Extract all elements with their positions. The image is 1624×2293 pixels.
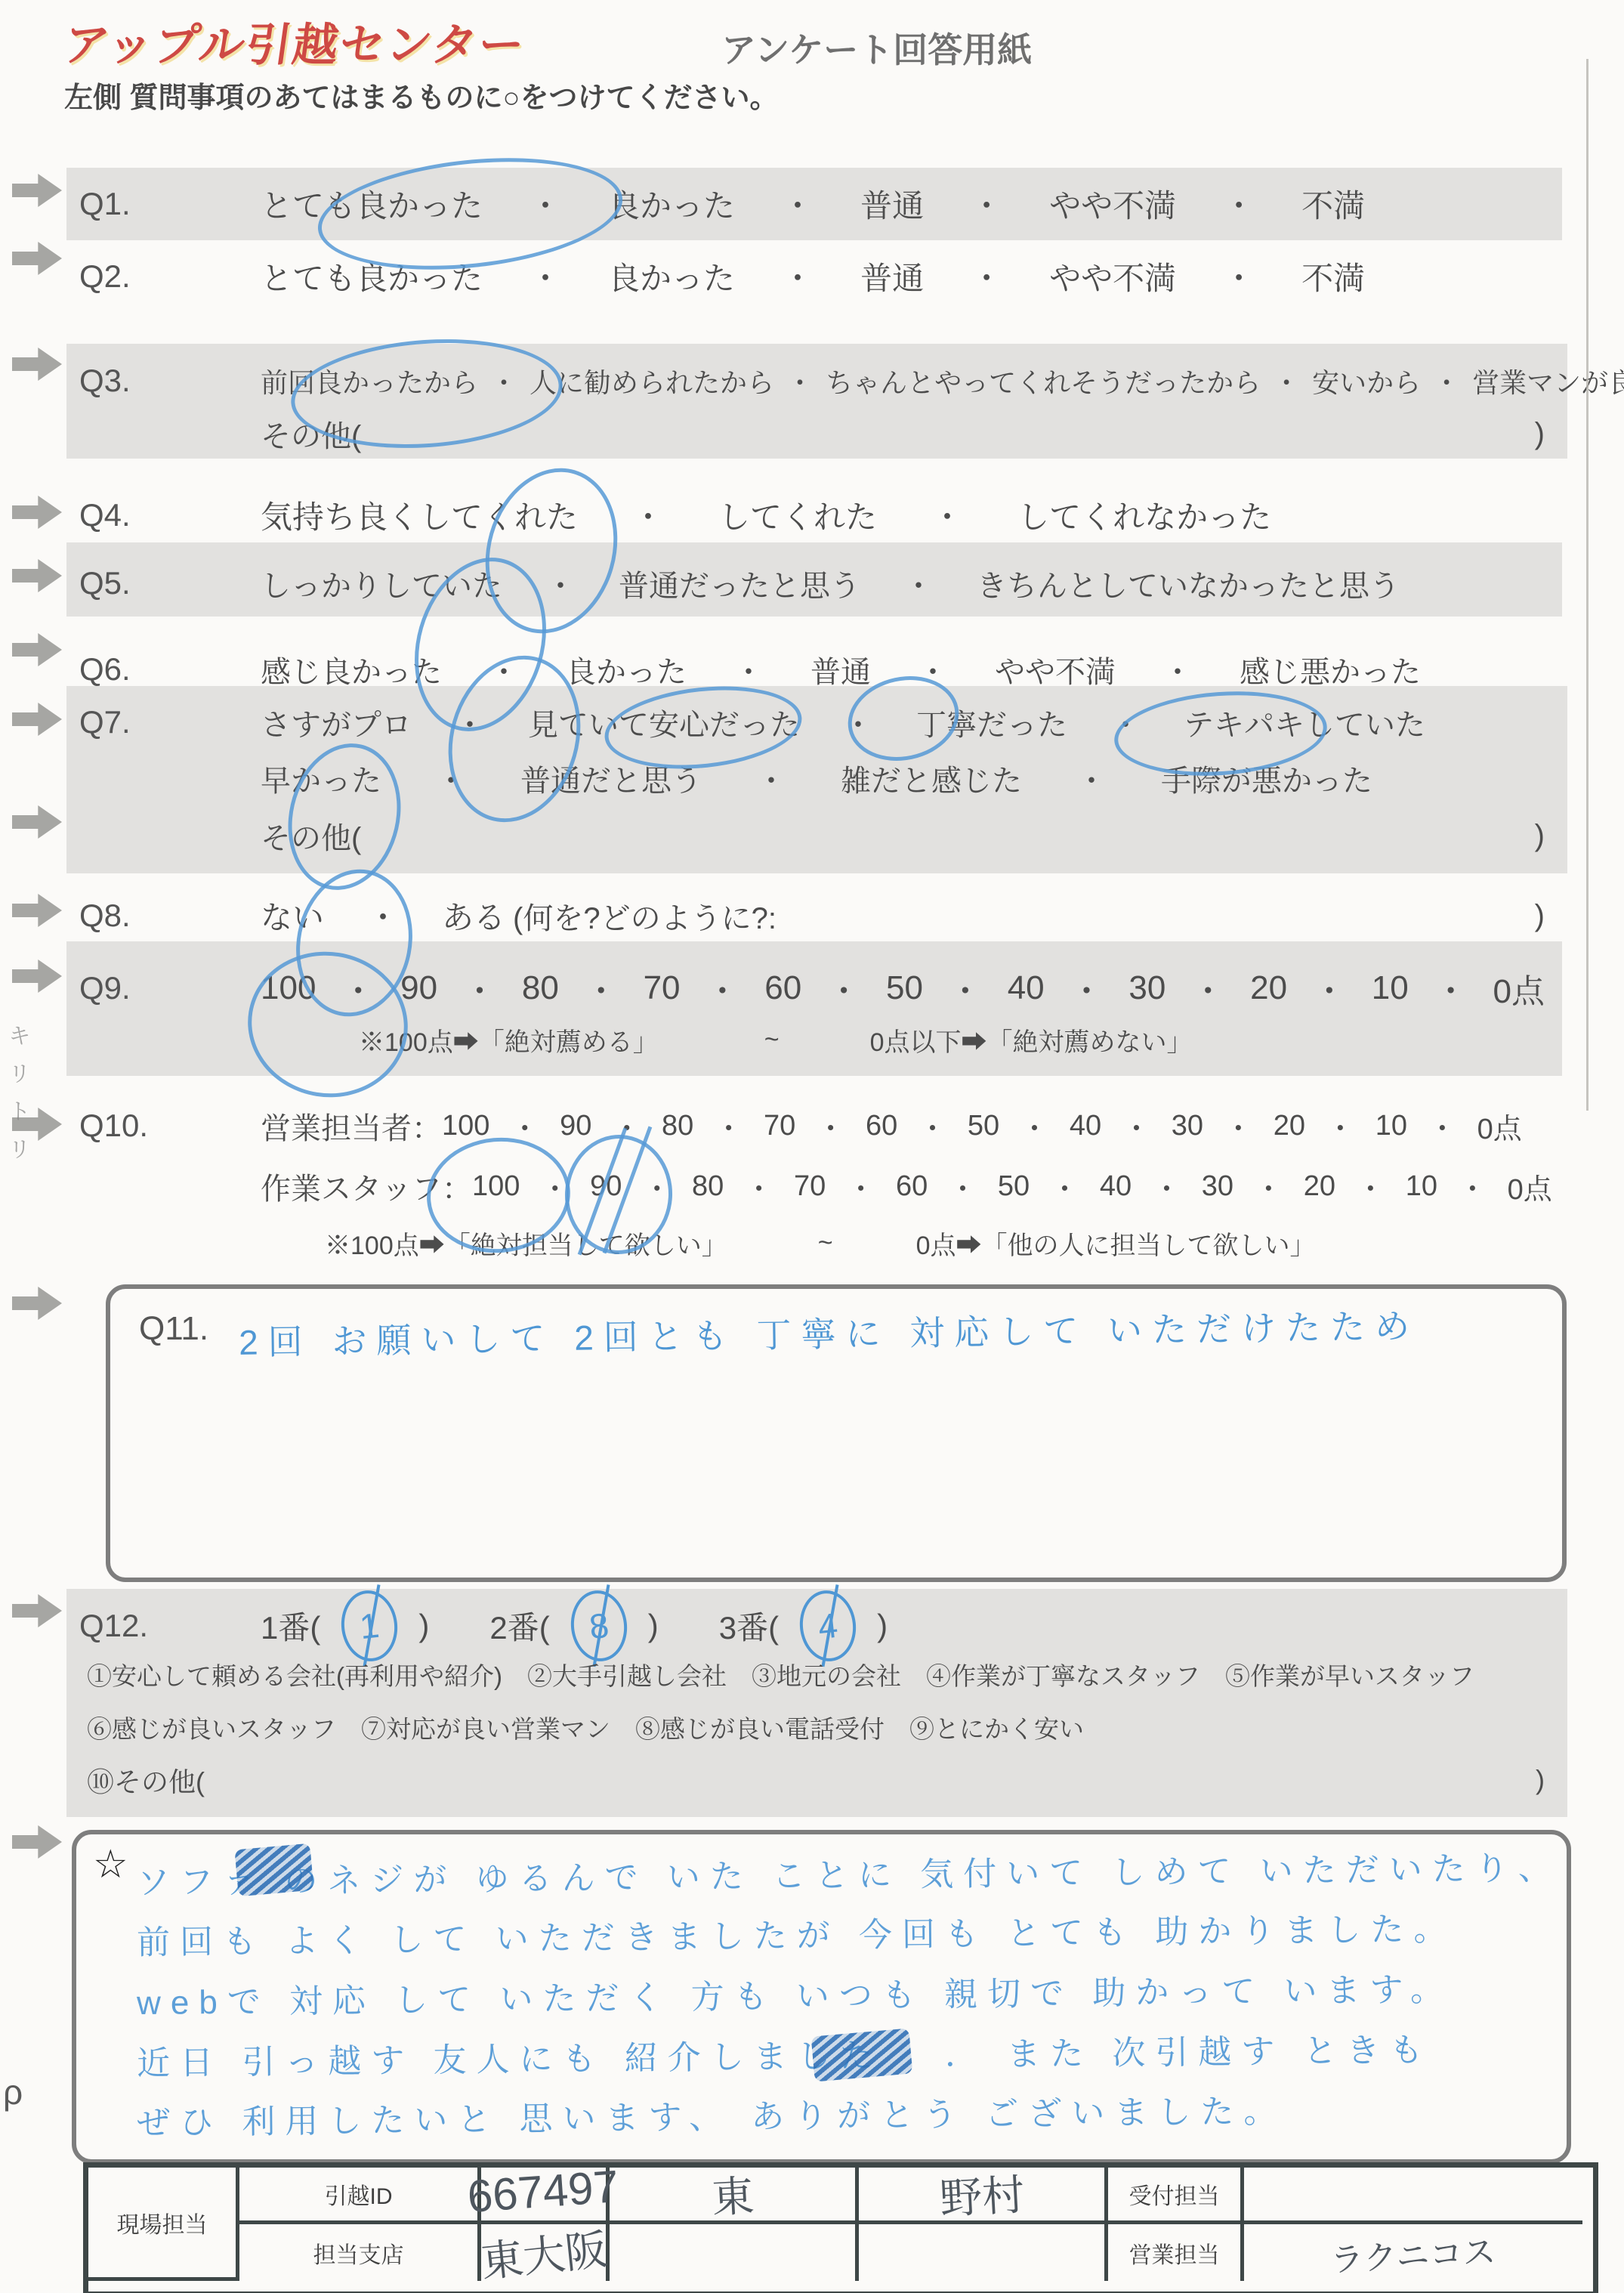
form-instruction: 左側 質問事項のあてはまるものに○をつけてください。 bbox=[64, 74, 779, 116]
q12-legend-line1: ①安心して頼める会社(再利用や紹介) ②大手引越し会社 ③地元の会社 ④作業が丁… bbox=[87, 1656, 1474, 1692]
q3-label: Q3. bbox=[79, 363, 261, 399]
q7-other-close: ) bbox=[1535, 819, 1545, 853]
separator-dot: ・ bbox=[780, 181, 815, 227]
q12-slot1-label: 1番( bbox=[261, 1603, 320, 1649]
separator-dot: ・ bbox=[1161, 648, 1194, 691]
option: 0点 bbox=[1477, 1105, 1522, 1147]
option: やや不満 bbox=[995, 648, 1116, 691]
option: 20 bbox=[1274, 1110, 1305, 1142]
separator-dot: ・ bbox=[947, 964, 983, 1012]
option: 40 bbox=[1070, 1110, 1101, 1142]
q8-prompt: (何を?どのように?: bbox=[513, 895, 776, 938]
branch-label: 担当支店 bbox=[239, 2224, 481, 2281]
separator-dot: ・ bbox=[930, 493, 965, 538]
option: ちゃんとやってくれそうだったから bbox=[826, 362, 1261, 400]
separator-dot: ・ bbox=[917, 1105, 949, 1147]
q8-close: ) bbox=[1535, 899, 1545, 933]
question-q10-row1: Q10. 営業担当者： 100・90・80・70・60・50・40・30・20・… bbox=[79, 1105, 1522, 1147]
option: やや不満 bbox=[1049, 254, 1176, 299]
margin-arrow-icon bbox=[12, 345, 62, 383]
field-staff1-value: 東 bbox=[610, 2168, 859, 2224]
q12-legend2-text: ⑥感じが良いスタッフ ⑦対応が良い営業マン ⑧感じが良い電話受付 ⑨とにかく安い bbox=[87, 1710, 1084, 1745]
question-q12: Q12. 1番( 1 ) 2番( 8 ) 3番( 4 ) bbox=[79, 1602, 888, 1650]
separator-dot: ・ bbox=[1190, 964, 1226, 1012]
q11-label: Q11. bbox=[139, 1310, 208, 1348]
separator-dot: ・ bbox=[815, 1105, 847, 1147]
pen-scribble bbox=[234, 1843, 313, 1896]
field-staff2-value: 野村 bbox=[859, 2168, 1108, 2224]
q4-options: 気持ち良くしてくれた・してくれた・してくれなかった bbox=[261, 493, 1271, 538]
option: 50 bbox=[886, 969, 923, 1007]
separator-dot: ・ bbox=[1221, 254, 1256, 299]
field-staff-label: 現場担当 bbox=[88, 2168, 239, 2281]
margin-arrow-icon bbox=[12, 239, 62, 277]
branch-value: 東大阪 bbox=[481, 2224, 610, 2281]
option: 20 bbox=[1304, 1170, 1335, 1203]
option: 30 bbox=[1202, 1170, 1233, 1203]
option: 感じ悪かった bbox=[1240, 648, 1421, 691]
field-empty1 bbox=[610, 2224, 859, 2281]
q10-row1-label: 営業担当者： bbox=[261, 1105, 442, 1148]
q11-handwriting: 2回 お願いして 2回とも 丁寧に 対応して いただけたため bbox=[239, 1299, 1420, 1365]
option: 70 bbox=[644, 969, 681, 1007]
option: 20 bbox=[1250, 969, 1287, 1007]
option: 人に勧められたから bbox=[529, 362, 774, 400]
separator-dot: ・ bbox=[969, 254, 1004, 299]
q9-scores: 100・90・80・70・60・50・40・30・20・10・0点 bbox=[261, 964, 1545, 1012]
scan-crease-line bbox=[1586, 59, 1588, 1111]
option: 安いから bbox=[1312, 362, 1421, 400]
option: ある bbox=[442, 893, 505, 938]
sales-label: 営業担当 bbox=[1108, 2224, 1244, 2281]
free-comment-box: ☆ ソファ のネジが ゆるんで いた ことに 気付いて しめて いただいたり、 … bbox=[72, 1830, 1571, 2164]
separator-dot: ・ bbox=[902, 562, 935, 605]
q9-note-right: 0点以下➡「絶対薦めない」 bbox=[870, 1021, 1193, 1058]
option: 不満 bbox=[1301, 181, 1365, 227]
margin-arrow-icon bbox=[12, 803, 62, 841]
margin-arrow-icon bbox=[12, 892, 62, 929]
separator-dot: ・ bbox=[845, 1166, 877, 1207]
comment-line2: 前回も よく して いただきましたが 今回も とても 助かりました。 bbox=[137, 1902, 1457, 1964]
margin-arrow-icon bbox=[12, 172, 62, 209]
option: 60 bbox=[764, 969, 801, 1007]
separator-dot: ・ bbox=[1271, 362, 1301, 400]
option: 良かった bbox=[608, 181, 735, 227]
separator-dot: ・ bbox=[583, 964, 619, 1012]
separator-dot: ・ bbox=[826, 964, 862, 1012]
option: 普通 bbox=[810, 648, 871, 691]
option: 0点 bbox=[1508, 1166, 1552, 1207]
move-id-label: 引越ID bbox=[239, 2168, 481, 2224]
option: きちんとしていなかったと思う bbox=[977, 562, 1400, 605]
q8-label: Q8. bbox=[79, 898, 261, 934]
separator-dot: ・ bbox=[1252, 1166, 1284, 1207]
q1-label: Q1. bbox=[79, 186, 261, 222]
margin-arrow-icon bbox=[12, 957, 62, 995]
q9-note-tilde: ~ bbox=[764, 1025, 780, 1055]
separator-dot: ・ bbox=[1069, 964, 1105, 1012]
option: 80 bbox=[692, 1170, 724, 1203]
margin-arrow-icon bbox=[12, 493, 62, 531]
separator-dot: ・ bbox=[743, 1166, 775, 1207]
option: 100 bbox=[442, 1110, 489, 1142]
separator-dot: ・ bbox=[1150, 1166, 1182, 1207]
option: 10 bbox=[1372, 969, 1409, 1007]
separator-dot: ・ bbox=[1354, 1166, 1386, 1207]
option: 良かった bbox=[608, 254, 735, 299]
q10-note-tilde: ~ bbox=[818, 1228, 833, 1258]
separator-dot: ・ bbox=[1426, 1105, 1458, 1147]
margin-arrow-icon bbox=[12, 1592, 62, 1630]
option: 10 bbox=[1406, 1170, 1437, 1203]
q12-legend1-text: ①安心して頼める会社(再利用や紹介) ②大手引越し会社 ③地元の会社 ④作業が丁… bbox=[87, 1657, 1474, 1692]
star-icon: ☆ bbox=[93, 1842, 128, 1887]
q12-other-label: ⑩その他( bbox=[87, 1761, 205, 1800]
pen-scribble bbox=[811, 2028, 913, 2081]
option: 営業マンが良かったから bbox=[1472, 362, 1624, 400]
option: してくれた bbox=[718, 493, 877, 538]
separator-dot: ・ bbox=[528, 254, 563, 299]
q9-note: ※100点➡「絶対薦める」 ~ 0点以下➡「絶対薦めない」 bbox=[359, 1021, 1193, 1058]
question-q10-row2: 作業スタッフ： 100・90・80・70・60・50・40・30・20・10・0… bbox=[79, 1165, 1552, 1207]
question-q6: Q6. 感じ良かった・良かった・普通・やや不満・感じ悪かった bbox=[79, 648, 1421, 691]
option: 不満 bbox=[1301, 254, 1365, 299]
q2-label: Q2. bbox=[79, 258, 261, 295]
option: 50 bbox=[968, 1110, 999, 1142]
separator-dot: ・ bbox=[1433, 964, 1469, 1012]
option: 普通 bbox=[860, 181, 924, 227]
q10-label: Q10. bbox=[79, 1108, 261, 1144]
option: 80 bbox=[662, 1110, 693, 1142]
question-q4: Q4. 気持ち良くしてくれた・してくれた・してくれなかった bbox=[79, 493, 1271, 538]
footer-staff-table: 引越ID 667497 現場担当 東 野村 受付担当 担当支店 東大阪 営業担当… bbox=[83, 2162, 1598, 2293]
margin-arrow-icon bbox=[12, 1823, 62, 1861]
separator-dot: ・ bbox=[462, 964, 498, 1012]
reception-value bbox=[1244, 2168, 1582, 2224]
comment-line1: ソファ のネジが ゆるんで いた ことに 気付いて しめて いただいたり、 bbox=[137, 1840, 1561, 1904]
comment-line4: 近日 引っ越す 友人にも 紹介しました ． また 次引越す ときも bbox=[137, 2023, 1433, 2084]
sales-value: ラクニコス bbox=[1244, 2224, 1582, 2281]
option: 30 bbox=[1128, 969, 1166, 1007]
separator-dot: ・ bbox=[704, 964, 740, 1012]
q12-other-close: ) bbox=[1536, 1764, 1545, 1796]
scanned-survey-page: アップル引越センター アンケート回答用紙 左側 質問事項のあてはまるものに○をつ… bbox=[0, 0, 1624, 2293]
q7-label: Q7. bbox=[79, 704, 261, 740]
option: 70 bbox=[764, 1110, 795, 1142]
cut-line-text: キリトリ bbox=[0, 1024, 33, 1175]
q12-legend-line2: ⑥感じが良いスタッフ ⑦対応が良い営業マン ⑧感じが良い電話受付 ⑨とにかく安い bbox=[87, 1709, 1084, 1745]
option: 10 bbox=[1375, 1110, 1407, 1142]
option: 40 bbox=[1008, 969, 1045, 1007]
option: してくれなかった bbox=[1017, 493, 1271, 538]
option: 普通だったと思う bbox=[619, 562, 860, 605]
option: 90 bbox=[560, 1110, 591, 1142]
q10-note-right: 0点➡「他の人に担当して欲しい」 bbox=[916, 1225, 1316, 1262]
separator-dot: ・ bbox=[1049, 1166, 1081, 1207]
option: 80 bbox=[522, 969, 559, 1007]
option: 60 bbox=[896, 1170, 928, 1203]
q4-label: Q4. bbox=[79, 497, 261, 533]
stray-pen-mark: ρ bbox=[3, 2072, 23, 2112]
option: 0点 bbox=[1493, 964, 1545, 1012]
option: さすがプロ bbox=[261, 701, 412, 744]
option: 普通 bbox=[860, 254, 924, 299]
separator-dot: ・ bbox=[1075, 757, 1108, 800]
q12-slot3-label: 3番( bbox=[719, 1603, 779, 1649]
option: 40 bbox=[1100, 1170, 1132, 1203]
question-q1: Q1. とても良かった・良かった・普通・やや不満・不満 bbox=[79, 181, 1365, 227]
form-title: アンケート回答用紙 bbox=[721, 23, 1032, 73]
separator-dot: ・ bbox=[947, 1166, 979, 1207]
margin-arrow-icon bbox=[12, 700, 62, 738]
separator-dot: ・ bbox=[631, 493, 665, 538]
separator-dot: ・ bbox=[1120, 1105, 1152, 1147]
field-empty2 bbox=[859, 2224, 1108, 2281]
separator-dot: ・ bbox=[732, 648, 765, 691]
margin-arrow-icon bbox=[12, 557, 62, 595]
option: 60 bbox=[866, 1110, 897, 1142]
separator-dot: ・ bbox=[1019, 1105, 1051, 1147]
question-q2: Q2. とても良かった・良かった・普通・やや不満・不満 bbox=[79, 254, 1365, 299]
q12-other-row: ⑩その他( ) bbox=[87, 1760, 1545, 1800]
separator-dot: ・ bbox=[755, 757, 788, 800]
q12-slot1-close: ) bbox=[418, 1608, 429, 1644]
margin-arrow-icon bbox=[12, 1284, 62, 1322]
brand-logo: アップル引越センター bbox=[60, 9, 530, 74]
separator-dot: ・ bbox=[713, 1105, 745, 1147]
q9-label: Q9. bbox=[79, 970, 261, 1006]
separator-dot: ・ bbox=[1324, 1105, 1356, 1147]
separator-dot: ・ bbox=[1311, 964, 1348, 1012]
q11-comment-box: Q11. 2回 お願いして 2回とも 丁寧に 対応して いただけたため bbox=[106, 1284, 1567, 1582]
comment-line5: ぜひ 利用したいと 思います、 ありがとう ございました。 bbox=[137, 2084, 1287, 2144]
q12-label: Q12. bbox=[79, 1608, 261, 1644]
separator-dot: ・ bbox=[1431, 362, 1462, 400]
option: 良かった bbox=[566, 648, 687, 691]
option: 90 bbox=[400, 969, 437, 1007]
question-q5: Q5. しっかりしていた・普通だったと思う・きちんとしていなかったと思う bbox=[79, 562, 1400, 604]
comment-line3: webで 対応 して いただく 方も いつも 親切で 助かって います。 bbox=[137, 1962, 1454, 2024]
q3-other-close: ) bbox=[1535, 417, 1545, 451]
q6-label: Q6. bbox=[79, 651, 261, 688]
option: 30 bbox=[1172, 1110, 1203, 1142]
option: 70 bbox=[794, 1170, 826, 1203]
reception-label: 受付担当 bbox=[1108, 2168, 1244, 2224]
move-id-value: 667497 bbox=[481, 2168, 610, 2224]
option: 50 bbox=[998, 1170, 1030, 1203]
separator-dot: ・ bbox=[785, 362, 815, 400]
option: 雑だと感じた bbox=[841, 757, 1022, 800]
separator-dot: ・ bbox=[1221, 181, 1256, 227]
margin-arrow-icon bbox=[12, 631, 62, 669]
separator-dot: ・ bbox=[969, 181, 1004, 227]
separator-dot: ・ bbox=[780, 254, 815, 299]
q5-label: Q5. bbox=[79, 565, 261, 601]
separator-dot: ・ bbox=[1456, 1166, 1488, 1207]
q12-slot3-close: ) bbox=[877, 1608, 888, 1644]
q12-slot2-label: 2番( bbox=[489, 1603, 549, 1649]
q12-slot2-close: ) bbox=[648, 1608, 659, 1644]
separator-dot: ・ bbox=[1222, 1105, 1254, 1147]
option: やや不満 bbox=[1049, 181, 1176, 227]
